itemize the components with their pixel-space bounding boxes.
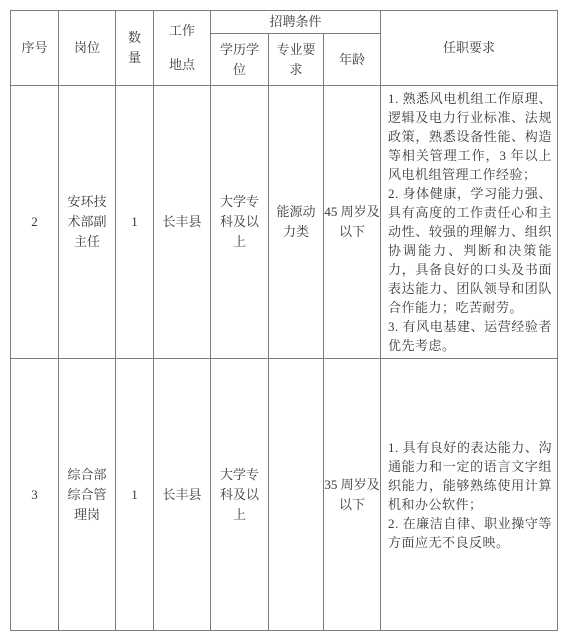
recruitment-table: 序号 岗位 数量 工作地点 招聘条件 任职要求 学历学位 专业要求 — [10, 10, 558, 631]
header-position: 岗位 — [59, 11, 116, 86]
cell-count: 1 — [116, 359, 154, 631]
cell-location: 长丰县 — [154, 359, 211, 631]
cell-requirements: 1. 具有良好的表达能力、沟通能力和一定的语言文字组织能力，能够熟练使用计算机和… — [381, 359, 558, 631]
cell-location: 长丰县 — [154, 86, 211, 359]
header-row-top: 序号 岗位 数量 工作地点 招聘条件 任职要求 — [11, 11, 558, 34]
header-education-label: 学历学位 — [218, 40, 262, 80]
header-location: 工作地点 — [154, 11, 211, 86]
cell-education: 大学专科及以上 — [211, 359, 269, 631]
header-position-label: 岗位 — [59, 38, 115, 58]
header-age: 年龄 — [324, 34, 381, 86]
header-seq: 序号 — [11, 11, 59, 86]
cell-seq: 2 — [11, 86, 59, 359]
cell-requirements: 1. 熟悉风电机组工作原理、逻辑及电力行业标准、法规政策，熟悉设备性能、构造等相… — [381, 86, 558, 359]
table-row: 2 安环技术部副主任 1 长丰县 大学专科及以上 能源动力类 45 周岁及以下 … — [11, 86, 558, 359]
header-location-label: 工作地点 — [167, 14, 197, 82]
table-row: 3 综合部综合管理岗 1 长丰县 大学专科及以上 35 周岁及以下 1. 具有良… — [11, 359, 558, 631]
cell-seq: 3 — [11, 359, 59, 631]
header-count: 数量 — [116, 11, 154, 86]
header-conditions-group: 招聘条件 — [211, 11, 381, 34]
header-requirements: 任职要求 — [381, 11, 558, 86]
header-requirements-label: 任职要求 — [381, 38, 557, 58]
header-conditions-group-label: 招聘条件 — [211, 12, 380, 32]
header-major: 专业要求 — [269, 34, 324, 86]
header-age-label: 年龄 — [324, 50, 380, 70]
cell-position: 综合部综合管理岗 — [59, 359, 116, 631]
cell-age: 35 周岁及以下 — [324, 359, 381, 631]
header-count-label: 数量 — [127, 28, 142, 68]
header-seq-label: 序号 — [11, 38, 58, 58]
cell-education: 大学专科及以上 — [211, 86, 269, 359]
cell-position: 安环技术部副主任 — [59, 86, 116, 359]
cell-age: 45 周岁及以下 — [324, 86, 381, 359]
header-major-label: 专业要求 — [274, 40, 318, 80]
cell-count: 1 — [116, 86, 154, 359]
cell-major: 能源动力类 — [269, 86, 324, 359]
header-education: 学历学位 — [211, 34, 269, 86]
cell-major — [269, 359, 324, 631]
